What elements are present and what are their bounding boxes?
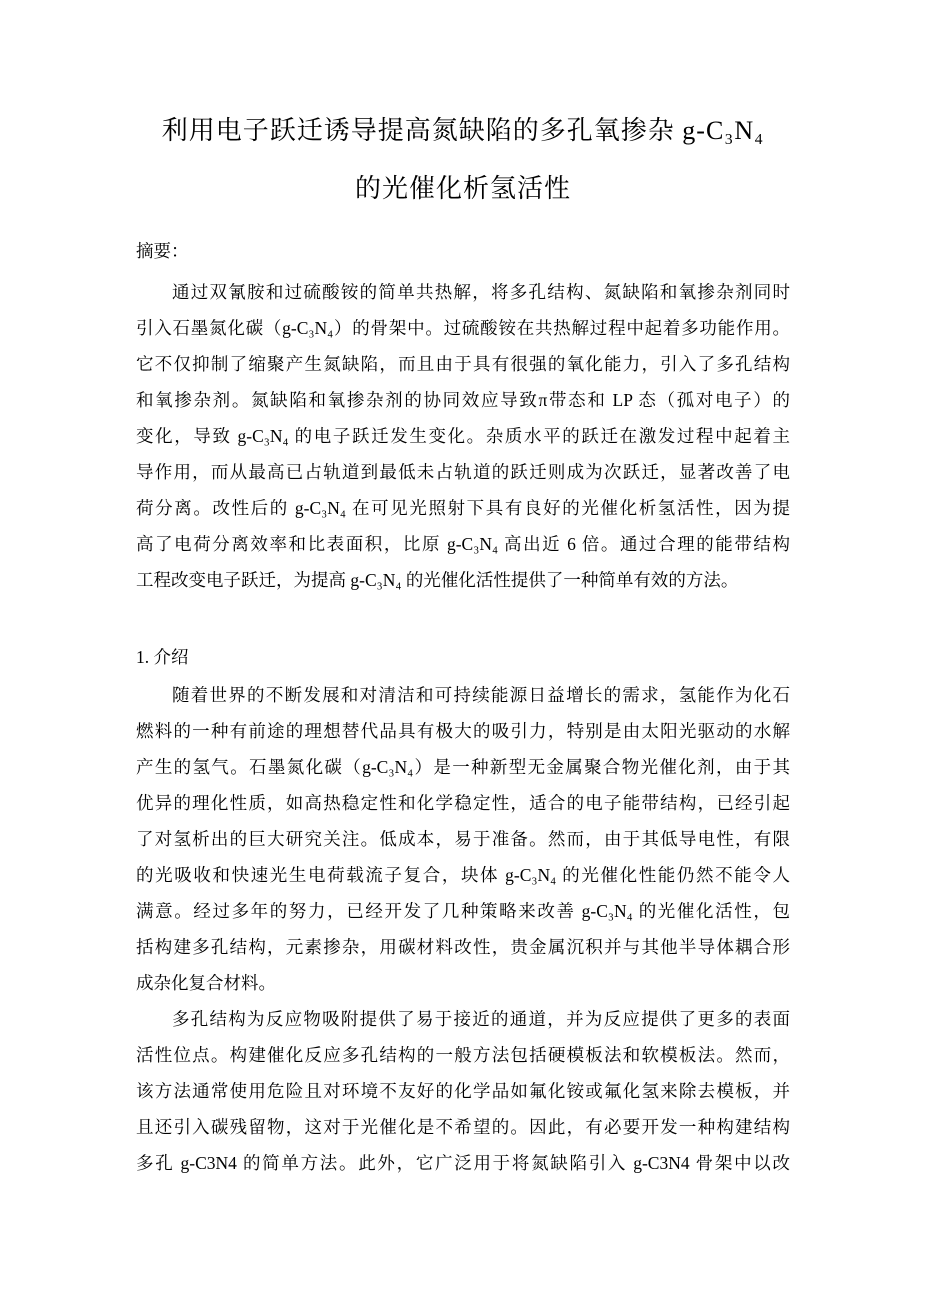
text-line: 导作用，而从最高已占轨道到最低未占轨道的跃迁则成为次跃迁，显著改善了电 <box>136 454 790 490</box>
document-title-line-1: 利用电子跃迁诱导提高氮缺陷的多孔氧掺杂 g-C₃N₄ <box>136 102 790 160</box>
text-line: 该方法通常使用危险且对环境不友好的化学品如氟化铵或氟化氢来除去模板，并 <box>136 1073 790 1109</box>
introduction-paragraph-1: 随着世界的不断发展和对清洁和可持续能源日益增长的需求，氢能作为化石燃料的一种有前… <box>136 677 790 1001</box>
text-line: 工程改变电子跃迁，为提高 g-C₃N₄ 的光催化活性提供了一种简单有效的方法。 <box>136 562 790 598</box>
text-line: 通过双氰胺和过硫酸铵的简单共热解，将多孔结构、氮缺陷和氧掺杂剂同时 <box>136 274 790 310</box>
document-title-line-2: 的光催化析氢活性 <box>136 160 790 218</box>
text-line: 活性位点。构建催化反应多孔结构的一般方法包括硬模板法和软模板法。然而， <box>136 1037 790 1073</box>
text-line: 且还引入碳残留物，这对于光催化是不希望的。因此，有必要开发一种构建结构 <box>136 1109 790 1145</box>
text-line: 了对氢析出的巨大研究关注。低成本，易于准备。然而，由于其低导电性，有限 <box>136 821 790 857</box>
text-line: 高了电荷分离效率和比表面积，比原 g-C₃N₄ 高出近 6 倍。通过合理的能带结… <box>136 526 790 562</box>
document-title: 利用电子跃迁诱导提高氮缺陷的多孔氧掺杂 g-C₃N₄ 的光催化析氢活性 <box>136 0 790 218</box>
text-line: 产生的氢气。石墨氮化碳（g-C₃N₄）是一种新型无金属聚合物光催化剂，由于其 <box>136 749 790 785</box>
text-line: 优异的理化性质，如高热稳定性和化学稳定性，适合的电子能带结构，已经引起 <box>136 785 790 821</box>
text-line: 成杂化复合材料。 <box>136 965 790 1001</box>
text-line: 多孔 g-C3N4 的简单方法。此外，它广泛用于将氮缺陷引入 g-C3N4 骨架… <box>136 1145 790 1181</box>
text-line: 多孔结构为反应物吸附提供了易于接近的通道，并为反应提供了更多的表面 <box>136 1001 790 1037</box>
abstract-label: 摘要： <box>136 233 790 269</box>
abstract-paragraph: 通过双氰胺和过硫酸铵的简单共热解，将多孔结构、氮缺陷和氧掺杂剂同时引入石墨氮化碳… <box>136 274 790 598</box>
introduction-paragraph-2: 多孔结构为反应物吸附提供了易于接近的通道，并为反应提供了更多的表面活性位点。构建… <box>136 1001 790 1181</box>
text-line: 随着世界的不断发展和对清洁和可持续能源日益增长的需求，氢能作为化石 <box>136 677 790 713</box>
text-line: 满意。经过多年的努力，已经开发了几种策略来改善 g-C₃N₄ 的光催化活性，包 <box>136 893 790 929</box>
section-heading-introduction: 1. 介绍 <box>136 639 790 675</box>
text-line: 的光吸收和快速光生电荷载流子复合，块体 g-C₃N₄ 的光催化性能仍然不能令人 <box>136 857 790 893</box>
text-line: 荷分离。改性后的 g-C₃N₄ 在可见光照射下具有良好的光催化析氢活性，因为提 <box>136 490 790 526</box>
text-line: 引入石墨氮化碳（g-C₃N₄）的骨架中。过硫酸铵在共热解过程中起着多功能作用。 <box>136 310 790 346</box>
text-line: 变化，导致 g-C₃N₄ 的电子跃迁发生变化。杂质水平的跃迁在激发过程中起着主 <box>136 418 790 454</box>
document-page: 利用电子跃迁诱导提高氮缺陷的多孔氧掺杂 g-C₃N₄ 的光催化析氢活性 摘要： … <box>0 0 926 1309</box>
text-line: 和氧掺杂剂。氮缺陷和氧掺杂剂的协同效应导致π带态和 LP 态（孤对电子）的 <box>136 382 790 418</box>
text-line: 燃料的一种有前途的理想替代品具有极大的吸引力，特别是由太阳光驱动的水解 <box>136 713 790 749</box>
text-line: 它不仅抑制了缩聚产生氮缺陷，而且由于具有很强的氧化能力，引入了多孔结构 <box>136 346 790 382</box>
text-line: 括构建多孔结构，元素掺杂，用碳材料改性，贵金属沉积并与其他半导体耦合形 <box>136 929 790 965</box>
